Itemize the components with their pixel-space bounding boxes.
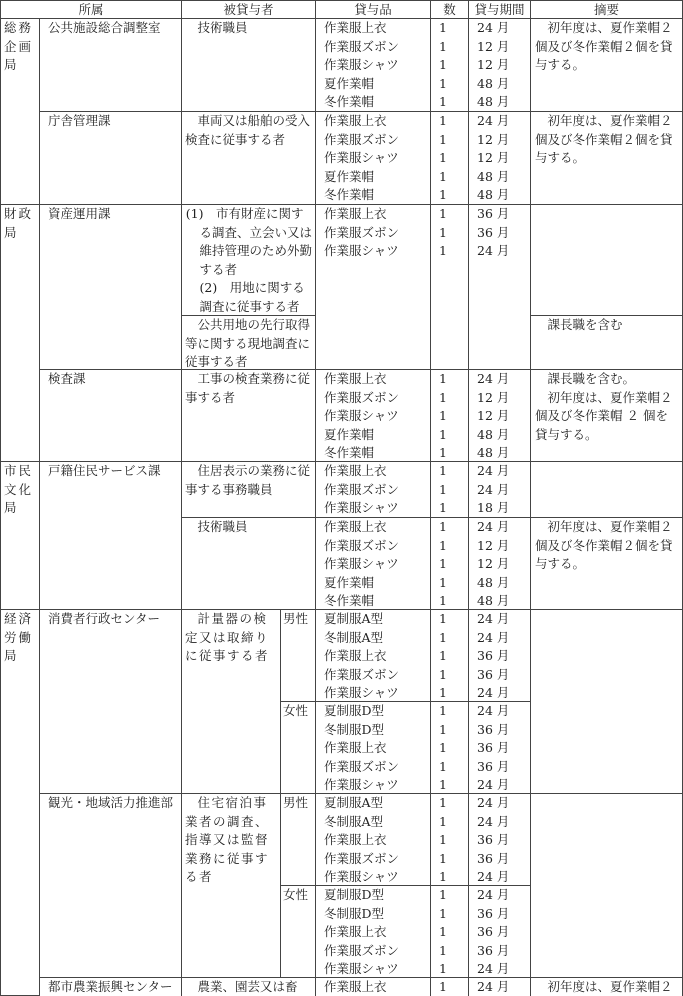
item-count: 1: [439, 481, 465, 500]
uniform-lending-table: 所属 被貸与者 貸与品 数 貸与期間 摘要 総務 企画 局財政 局市民 文化 局…: [0, 0, 683, 996]
recipient-description: 技術職員: [182, 19, 316, 112]
item-count: 1: [439, 794, 465, 813]
item-name-group: 夏制服D型冬制服D型作業服上衣作業服ズボン作業服シャツ: [316, 886, 431, 978]
lending-period-group: 24 月12 月12 月48 月48 月: [469, 370, 531, 462]
remarks-text: 課長職を含む。 初年度は、夏作業帽２個及び冬作業帽 ２ 個を貸与する。: [531, 370, 683, 462]
item-count: 1: [439, 389, 465, 408]
recipient-description: 住居表示の業務に従事する事務職員: [182, 462, 316, 518]
recipient-description: 工事の検査業務に従事する者: [182, 370, 316, 462]
lending-period-group: 36 月36 月24 月: [469, 205, 531, 370]
item-name: 作業服上衣: [324, 462, 427, 481]
item-count: 1: [439, 407, 465, 426]
item-name-group: 作業服上衣作業服ズボン作業服シャツ夏作業帽冬作業帽: [316, 370, 431, 462]
item-count: 1: [439, 960, 465, 978]
item-name: 夏作業帽: [324, 574, 427, 593]
remarks-text: 初年度は、夏作業帽２個及び冬作業帽２個を貸与する。: [531, 19, 683, 112]
lending-period: 24 月: [477, 776, 527, 794]
lending-period: 12 月: [477, 149, 527, 168]
lending-period: 24 月: [477, 481, 527, 500]
recipient-description: (1) 市有財産に関する調査、立会い又は維持管理のため外勤する者 (2) 用地に…: [182, 205, 316, 316]
lending-period: 24 月: [477, 19, 527, 38]
item-count: 1: [439, 629, 465, 648]
item-count: 1: [439, 592, 465, 610]
recipient-description: 計量器の検定又は取締りに従事する者: [182, 610, 281, 794]
item-name: 作業服ズボン: [324, 38, 427, 57]
item-name: 冬作業帽: [324, 592, 427, 610]
lending-period: 48 月: [477, 93, 527, 112]
header-affiliation: 所属: [0, 0, 182, 19]
item-count: 1: [439, 923, 465, 942]
section-name: 公共施設総合調整室: [40, 19, 182, 112]
item-count: 1: [439, 758, 465, 777]
lending-period: 48 月: [477, 444, 527, 462]
item-count: 1: [439, 75, 465, 94]
header-recipient: 被貸与者: [182, 0, 316, 19]
lending-period: 12 月: [477, 537, 527, 556]
item-count: 1: [439, 721, 465, 740]
lending-period: 36 月: [477, 923, 527, 942]
item-count: 1: [439, 56, 465, 75]
sex-label: 女性: [281, 886, 316, 978]
remarks-text: [531, 610, 683, 794]
recipient-description: 農業、園芸又は畜: [182, 978, 316, 996]
item-name-group: 夏制服D型冬制服D型作業服上衣作業服ズボン作業服シャツ: [316, 702, 431, 794]
item-count-group: 11111: [431, 518, 469, 610]
item-count: 1: [439, 370, 465, 389]
item-count: 1: [439, 499, 465, 518]
item-count: 1: [439, 739, 465, 758]
item-count: 1: [439, 684, 465, 702]
item-name: 作業服シャツ: [324, 242, 427, 261]
item-count-group: 11111: [431, 610, 469, 702]
item-name: 作業服上衣: [324, 647, 427, 666]
item-count: 1: [439, 702, 465, 721]
section-name: 消費者行政センター: [40, 610, 182, 794]
lending-period: 24 月: [477, 242, 527, 261]
item-count-group: 11111: [431, 370, 469, 462]
item-count: 1: [439, 242, 465, 261]
lending-period-group: 24 月24 月36 月36 月24 月: [469, 610, 531, 702]
item-name: 作業服上衣: [324, 739, 427, 758]
item-name-group: 作業服上衣作業服ズボン作業服シャツ夏作業帽冬作業帽: [316, 112, 431, 205]
header-item: 貸与品: [316, 0, 431, 19]
section-name: 資産運用課: [40, 205, 182, 370]
item-count: 1: [439, 537, 465, 556]
lending-period: 24 月: [477, 813, 527, 832]
item-name: 作業服上衣: [324, 831, 427, 850]
item-count-group: 11111: [431, 112, 469, 205]
lending-period-group: 24 月24 月36 月36 月24 月: [469, 794, 531, 886]
item-name: 作業服上衣: [324, 923, 427, 942]
item-count: 1: [439, 518, 465, 537]
item-name: 作業服上衣: [324, 205, 427, 224]
lending-period: 12 月: [477, 555, 527, 574]
item-name: 冬制服A型: [324, 629, 427, 648]
recipient-description: 公共用地の先行取得等に関する現地調査に従事する者: [182, 316, 316, 370]
item-name: 作業服上衣: [324, 370, 427, 389]
item-name: 冬作業帽: [324, 444, 427, 462]
item-name: 作業服ズボン: [324, 666, 427, 685]
remarks-text: [531, 462, 683, 518]
lending-period: 36 月: [477, 205, 527, 224]
header-remarks: 摘要: [531, 0, 683, 19]
item-name: 作業服ズボン: [324, 850, 427, 869]
item-count: 1: [439, 574, 465, 593]
item-count: 1: [439, 149, 465, 168]
item-count-group: 11111: [431, 886, 469, 978]
item-name: 作業服シャツ: [324, 960, 427, 978]
remarks-text: [531, 794, 683, 978]
item-count: 1: [439, 205, 465, 224]
item-count: 1: [439, 610, 465, 629]
lending-period: 24 月: [477, 462, 527, 481]
item-name: 作業服上衣: [324, 19, 427, 38]
lending-period: 36 月: [477, 647, 527, 666]
lending-period: 24 月: [477, 978, 527, 996]
item-name: 作業服シャツ: [324, 776, 427, 794]
lending-period: 36 月: [477, 905, 527, 924]
recipient-description: 車両又は船舶の受入検査に従事する者: [182, 112, 316, 205]
item-name: 夏作業帽: [324, 426, 427, 445]
lending-period: 36 月: [477, 666, 527, 685]
remarks-text: 課長職を含む: [531, 316, 683, 370]
lending-period-group: 24 月12 月12 月48 月48 月: [469, 19, 531, 112]
recipient-description: 技術職員: [182, 518, 316, 610]
bureau-name: 総務 企画 局: [0, 19, 40, 205]
remarks-text: 初年度は、夏作業帽２個及び冬作業帽２個を貸与する。: [531, 112, 683, 205]
lending-period: 24 月: [477, 868, 527, 886]
item-count: 1: [439, 186, 465, 205]
item-name: 作業服シャツ: [324, 684, 427, 702]
item-name: 冬作業帽: [324, 93, 427, 112]
lending-period: 18 月: [477, 499, 527, 518]
item-count: 1: [439, 112, 465, 131]
item-name-group: 作業服上衣作業服ズボン作業服シャツ夏作業帽冬作業帽: [316, 518, 431, 610]
lending-period-group: 24 月36 月36 月36 月24 月: [469, 886, 531, 978]
lending-period: 24 月: [477, 794, 527, 813]
section-name: 観光・地域活力推進部: [40, 794, 182, 978]
item-name: 作業服ズボン: [324, 131, 427, 150]
lending-period: 36 月: [477, 758, 527, 777]
item-count: 1: [439, 905, 465, 924]
sex-label: 男性: [281, 610, 316, 702]
item-count: 1: [439, 224, 465, 243]
lending-period: 36 月: [477, 739, 527, 758]
bureau-name: 財政 局: [0, 205, 40, 462]
lending-period: 12 月: [477, 407, 527, 426]
lending-period: 36 月: [477, 942, 527, 961]
remarks-text: [531, 205, 683, 316]
header-count: 数: [431, 0, 469, 19]
item-name: 夏制服A型: [324, 794, 427, 813]
lending-period: 24 月: [477, 518, 527, 537]
item-count: 1: [439, 868, 465, 886]
item-name-group: 作業服上衣: [316, 978, 431, 996]
item-count-group: 11111: [431, 19, 469, 112]
header-period: 貸与期間: [469, 0, 531, 19]
item-count: 1: [439, 444, 465, 462]
item-name: 夏制服A型: [324, 610, 427, 629]
item-name-group: 作業服上衣作業服ズボン作業服シャツ夏作業帽冬作業帽: [316, 19, 431, 112]
item-name: 作業服シャツ: [324, 56, 427, 75]
item-count: 1: [439, 38, 465, 57]
lending-period: 48 月: [477, 168, 527, 187]
bureau-name: 市民 文化 局: [0, 462, 40, 610]
item-name: 作業服上衣: [324, 112, 427, 131]
item-count: 1: [439, 555, 465, 574]
item-name-group: 夏制服A型冬制服A型作業服上衣作業服ズボン作業服シャツ: [316, 610, 431, 702]
lending-period: 48 月: [477, 574, 527, 593]
item-count: 1: [439, 462, 465, 481]
item-name: 夏制服D型: [324, 886, 427, 905]
item-count: 1: [439, 647, 465, 666]
item-name: 作業服ズボン: [324, 481, 427, 500]
item-name: 作業服ズボン: [324, 389, 427, 408]
item-count: 1: [439, 831, 465, 850]
item-count: 1: [439, 978, 465, 996]
item-name: 冬制服D型: [324, 721, 427, 740]
lending-period-group: 24 月12 月12 月48 月48 月: [469, 112, 531, 205]
item-name: 作業服ズボン: [324, 537, 427, 556]
item-name: 冬制服D型: [324, 905, 427, 924]
item-name-group: 夏制服A型冬制服A型作業服上衣作業服ズボン作業服シャツ: [316, 794, 431, 886]
item-name: 夏制服D型: [324, 702, 427, 721]
item-name: 冬制服A型: [324, 813, 427, 832]
lending-period: 24 月: [477, 886, 527, 905]
item-name: 作業服上衣: [324, 518, 427, 537]
item-count: 1: [439, 776, 465, 794]
item-name: 冬作業帽: [324, 186, 427, 205]
item-name: 作業服シャツ: [324, 407, 427, 426]
sex-label: 男性: [281, 794, 316, 886]
item-count: 1: [439, 93, 465, 112]
item-count: 1: [439, 19, 465, 38]
lending-period: 36 月: [477, 721, 527, 740]
item-count: 1: [439, 813, 465, 832]
lending-period: 24 月: [477, 370, 527, 389]
item-name: 作業服ズボン: [324, 942, 427, 961]
lending-period: 24 月: [477, 629, 527, 648]
item-name: 夏作業帽: [324, 168, 427, 187]
lending-period-group: 24 月12 月12 月48 月48 月: [469, 518, 531, 610]
item-count-group: 111: [431, 205, 469, 370]
lending-period-group: 24 月36 月36 月36 月24 月: [469, 702, 531, 794]
item-name: 作業服シャツ: [324, 555, 427, 574]
item-name: 作業服ズボン: [324, 224, 427, 243]
lending-period-group: 24 月24 月18 月: [469, 462, 531, 518]
remarks-text: 初年度は、夏作業帽２個及び冬作業帽２個を貸与する。: [531, 518, 683, 610]
lending-period: 12 月: [477, 38, 527, 57]
lending-period: 24 月: [477, 684, 527, 702]
lending-period: 48 月: [477, 592, 527, 610]
lending-period: 24 月: [477, 702, 527, 721]
item-count-group: 11111: [431, 702, 469, 794]
lending-period: 36 月: [477, 831, 527, 850]
section-name: 検査課: [40, 370, 182, 462]
item-name-group: 作業服上衣作業服ズボン作業服シャツ: [316, 462, 431, 518]
lending-period: 48 月: [477, 75, 527, 94]
lending-period-group: 24 月: [469, 978, 531, 996]
lending-period: 36 月: [477, 850, 527, 869]
recipient-description: 住宅宿泊事業者の調査、指導又は監督業務に従事する者: [182, 794, 281, 978]
lending-period: 24 月: [477, 960, 527, 978]
item-name: 作業服シャツ: [324, 149, 427, 168]
item-count: 1: [439, 426, 465, 445]
lending-period: 24 月: [477, 610, 527, 629]
sex-label: 女性: [281, 702, 316, 794]
item-count: 1: [439, 168, 465, 187]
item-name: 作業服上衣: [324, 978, 427, 996]
item-name: 作業服ズボン: [324, 758, 427, 777]
remarks-text: 初年度は、夏作業帽２: [531, 978, 683, 996]
item-name: 作業服シャツ: [324, 868, 427, 886]
item-name-group: 作業服上衣作業服ズボン作業服シャツ: [316, 205, 431, 370]
lending-period: 12 月: [477, 131, 527, 150]
item-count: 1: [439, 131, 465, 150]
item-count: 1: [439, 850, 465, 869]
section-name: 庁舎管理課: [40, 112, 182, 205]
lending-period: 12 月: [477, 56, 527, 75]
bureau-name: 経済 労働 局: [0, 610, 40, 996]
lending-period: 24 月: [477, 112, 527, 131]
item-name: 作業服シャツ: [324, 499, 427, 518]
lending-period: 36 月: [477, 224, 527, 243]
item-count: 1: [439, 666, 465, 685]
section-name: 都市農業振興センター: [40, 978, 182, 996]
lending-period: 12 月: [477, 389, 527, 408]
item-count: 1: [439, 886, 465, 905]
lending-period: 48 月: [477, 186, 527, 205]
item-count-group: 111: [431, 462, 469, 518]
item-count-group: 1: [431, 978, 469, 996]
item-count-group: 11111: [431, 794, 469, 886]
item-count: 1: [439, 942, 465, 961]
lending-period: 48 月: [477, 426, 527, 445]
section-name: 戸籍住民サービス課: [40, 462, 182, 610]
item-name: 夏作業帽: [324, 75, 427, 94]
